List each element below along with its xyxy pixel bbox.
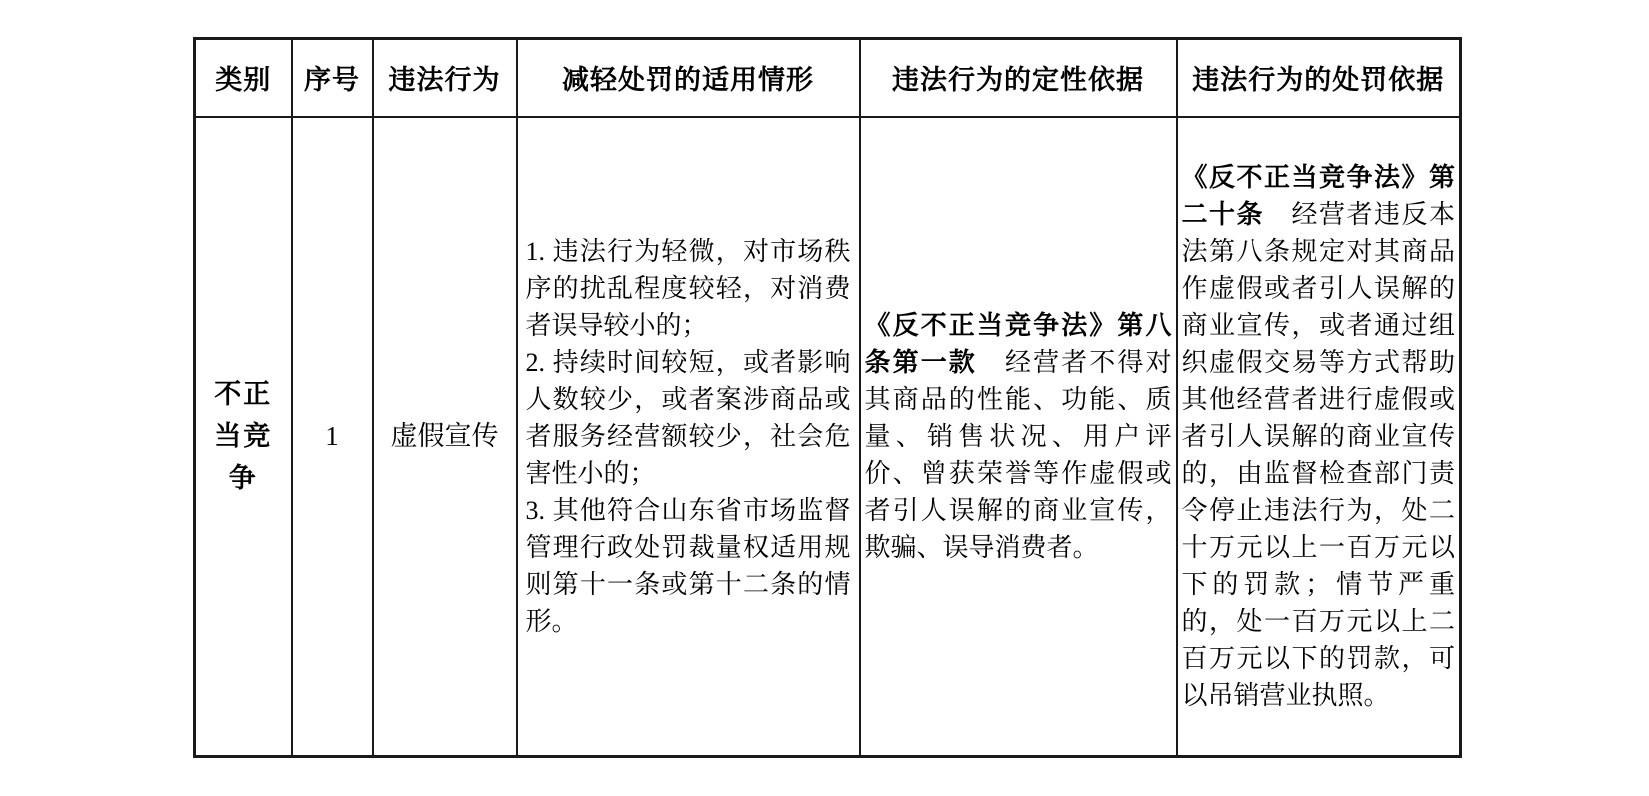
header-illegal-act: 违法行为 xyxy=(373,39,517,117)
document-page: 类别 序号 违法行为 减轻处罚的适用情形 违法行为的定性依据 违法行为的处罚依据… xyxy=(0,0,1649,796)
mitigation-item-3: 3. 其他符合山东省市场监督管理行政处罚裁量权适用规则第十一条或第十二条的情形。 xyxy=(526,492,851,640)
cell-qualitative-basis: 《反不正当竞争法》第八条第一款 经营者不得对其商品的性能、功能、质量、销售状况、… xyxy=(860,117,1177,757)
penalty-basis-text: 经营者违反本法第八条规定对其商品作虚假或者引人误解的商业宣传，或者通过组织虚假交… xyxy=(1182,200,1456,710)
mitigation-item-2: 2. 持续时间较短，或者影响人数较少，或者案涉商品或者服务经营额较少，社会危害性… xyxy=(526,344,851,492)
header-mitigation-circumstances: 减轻处罚的适用情形 xyxy=(517,39,860,117)
header-qualitative-basis: 违法行为的定性依据 xyxy=(860,39,1177,117)
cell-category: 不正当竞争 xyxy=(195,117,292,757)
table-row: 不正当竞争 1 虚假宣传 1. 违法行为轻微，对市场秩序的扰乱程度较轻，对消费者… xyxy=(195,117,1461,757)
header-category: 类别 xyxy=(195,39,292,117)
cell-illegal-act: 虚假宣传 xyxy=(373,117,517,757)
header-penalty-basis: 违法行为的处罚依据 xyxy=(1177,39,1461,117)
cell-penalty-basis: 《反不正当竞争法》第二十条 经营者违反本法第八条规定对其商品作虚假或者引人误解的… xyxy=(1177,117,1461,757)
table-header-row: 类别 序号 违法行为 减轻处罚的适用情形 违法行为的定性依据 违法行为的处罚依据 xyxy=(195,39,1461,117)
qualitative-basis-text: 经营者不得对其商品的性能、功能、质量、销售状况、用户评价、曾获荣誉等作虚假或者引… xyxy=(865,348,1172,562)
penalty-discretion-table: 类别 序号 违法行为 减轻处罚的适用情形 违法行为的定性依据 违法行为的处罚依据… xyxy=(193,37,1462,758)
header-serial-number: 序号 xyxy=(292,39,373,117)
cell-serial-number: 1 xyxy=(292,117,373,757)
cell-mitigation-circumstances: 1. 违法行为轻微，对市场秩序的扰乱程度较轻，对消费者误导较小的； 2. 持续时… xyxy=(517,117,860,757)
mitigation-item-1: 1. 违法行为轻微，对市场秩序的扰乱程度较轻，对消费者误导较小的； xyxy=(526,233,851,344)
